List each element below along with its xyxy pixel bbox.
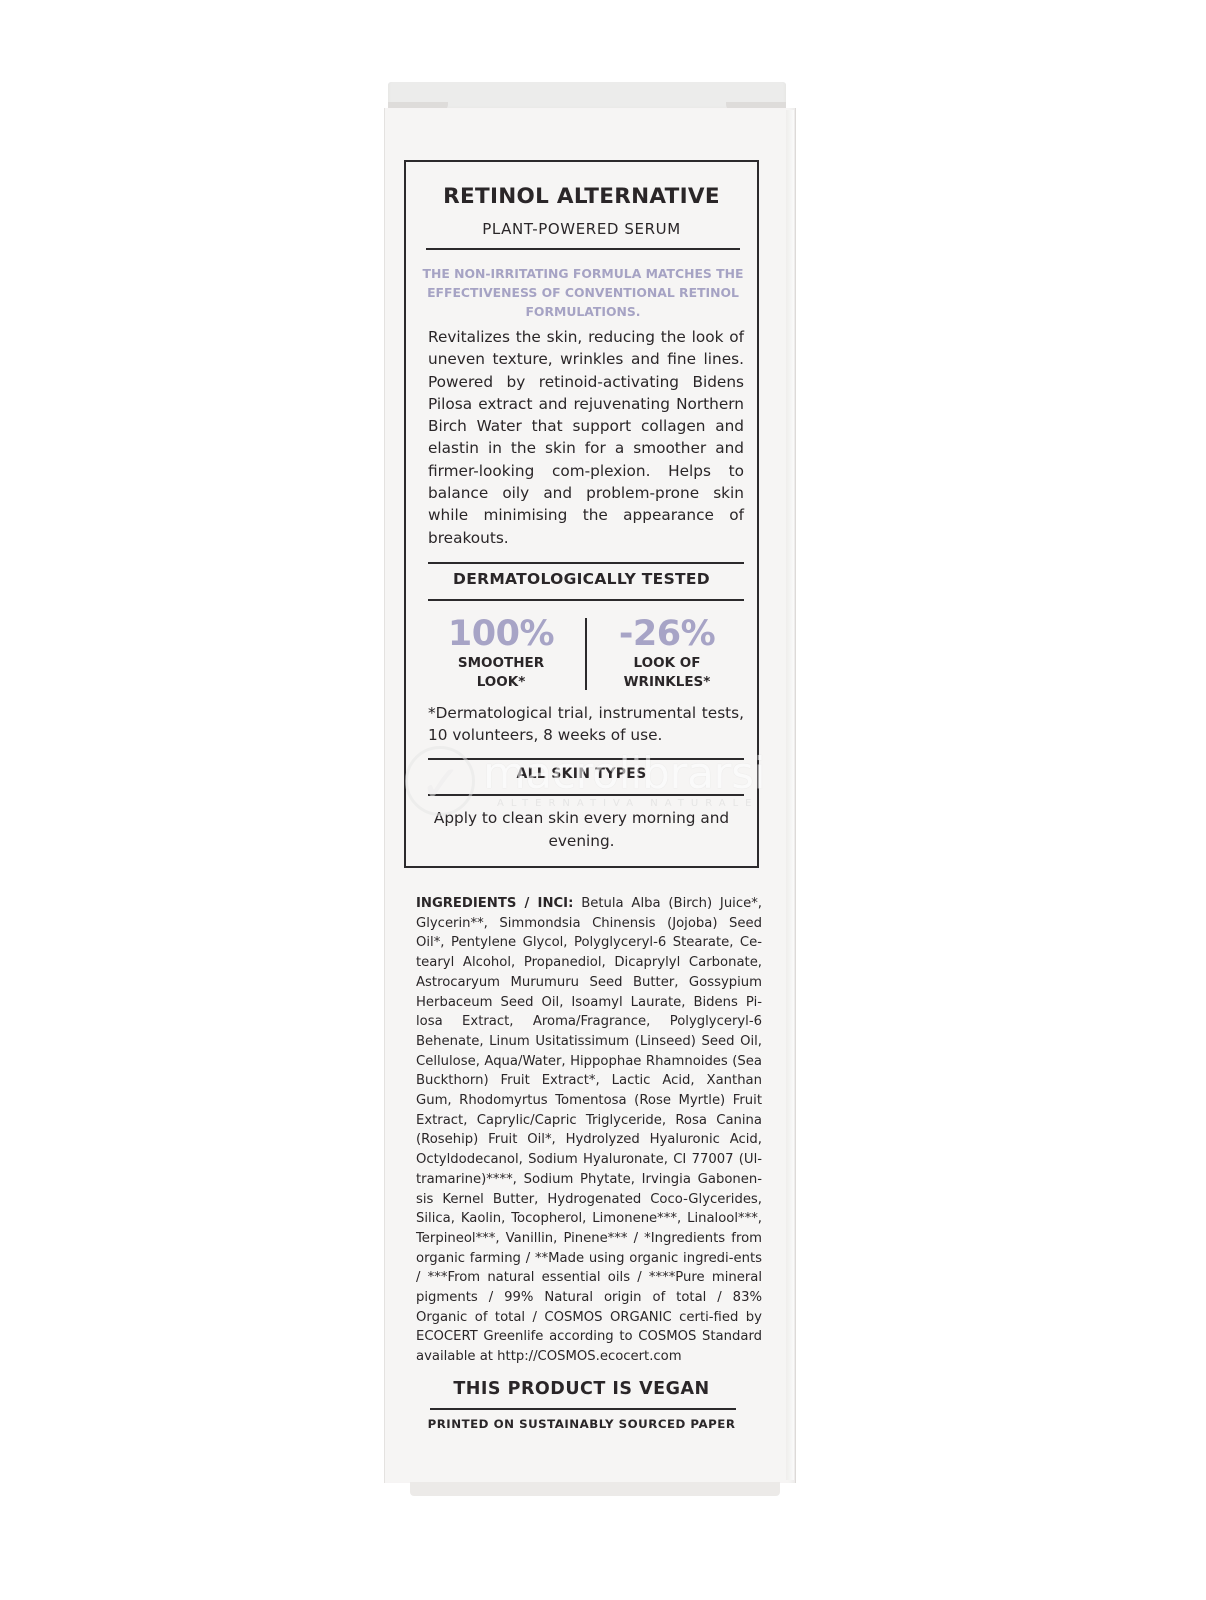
divider bbox=[426, 248, 740, 250]
product-description: Revitalizes the skin, reducing the look … bbox=[428, 326, 744, 549]
stat-label: WRINKLES* bbox=[592, 673, 742, 692]
stat-label: LOOK OF bbox=[592, 654, 742, 673]
stat-label: SMOOTHER bbox=[426, 654, 576, 673]
vegan-label: THIS PRODUCT IS VEGAN bbox=[404, 1379, 759, 1399]
divider bbox=[428, 599, 744, 601]
divider bbox=[428, 562, 744, 564]
divider bbox=[428, 758, 744, 760]
tagline: THE NON-IRRITATING FORMULA MATCHES THE E… bbox=[422, 264, 744, 321]
box-side-edge bbox=[786, 110, 794, 1480]
stat-value: 100% bbox=[426, 614, 576, 654]
stat-smoother: 100% SMOOTHER LOOK* bbox=[426, 614, 576, 692]
box-bottom-flap bbox=[410, 1482, 780, 1496]
product-title: RETINOL ALTERNATIVE bbox=[406, 184, 757, 209]
stat-label: LOOK* bbox=[426, 673, 576, 692]
ingredients-text: Betula Alba (Birch) Juice*, Glycerin**, … bbox=[416, 896, 762, 1364]
usage-instructions: Apply to clean skin every morning and ev… bbox=[406, 807, 757, 852]
info-panel: RETINOL ALTERNATIVE PLANT-POWERED SERUM … bbox=[404, 160, 759, 868]
divider bbox=[430, 1408, 736, 1410]
printed-note: PRINTED ON SUSTAINABLY SOURCED PAPER bbox=[404, 1417, 759, 1431]
stat-divider bbox=[585, 618, 587, 690]
stat-value: -26% bbox=[592, 614, 742, 654]
stat-wrinkles: -26% LOOK OF WRINKLES* bbox=[592, 614, 742, 692]
ingredients-block: INGREDIENTS / INCI: Betula Alba (Birch) … bbox=[416, 894, 762, 1367]
ingredients-heading: INGREDIENTS / INCI: bbox=[416, 896, 573, 911]
divider bbox=[428, 794, 744, 796]
skin-types-heading: ALL SKIN TYPES bbox=[406, 766, 757, 782]
testing-heading: DERMATOLOGICALLY TESTED bbox=[406, 570, 757, 588]
trial-footnote: *Dermatological trial, instrumental test… bbox=[428, 702, 744, 746]
product-subtitle: PLANT-POWERED SERUM bbox=[406, 220, 757, 238]
